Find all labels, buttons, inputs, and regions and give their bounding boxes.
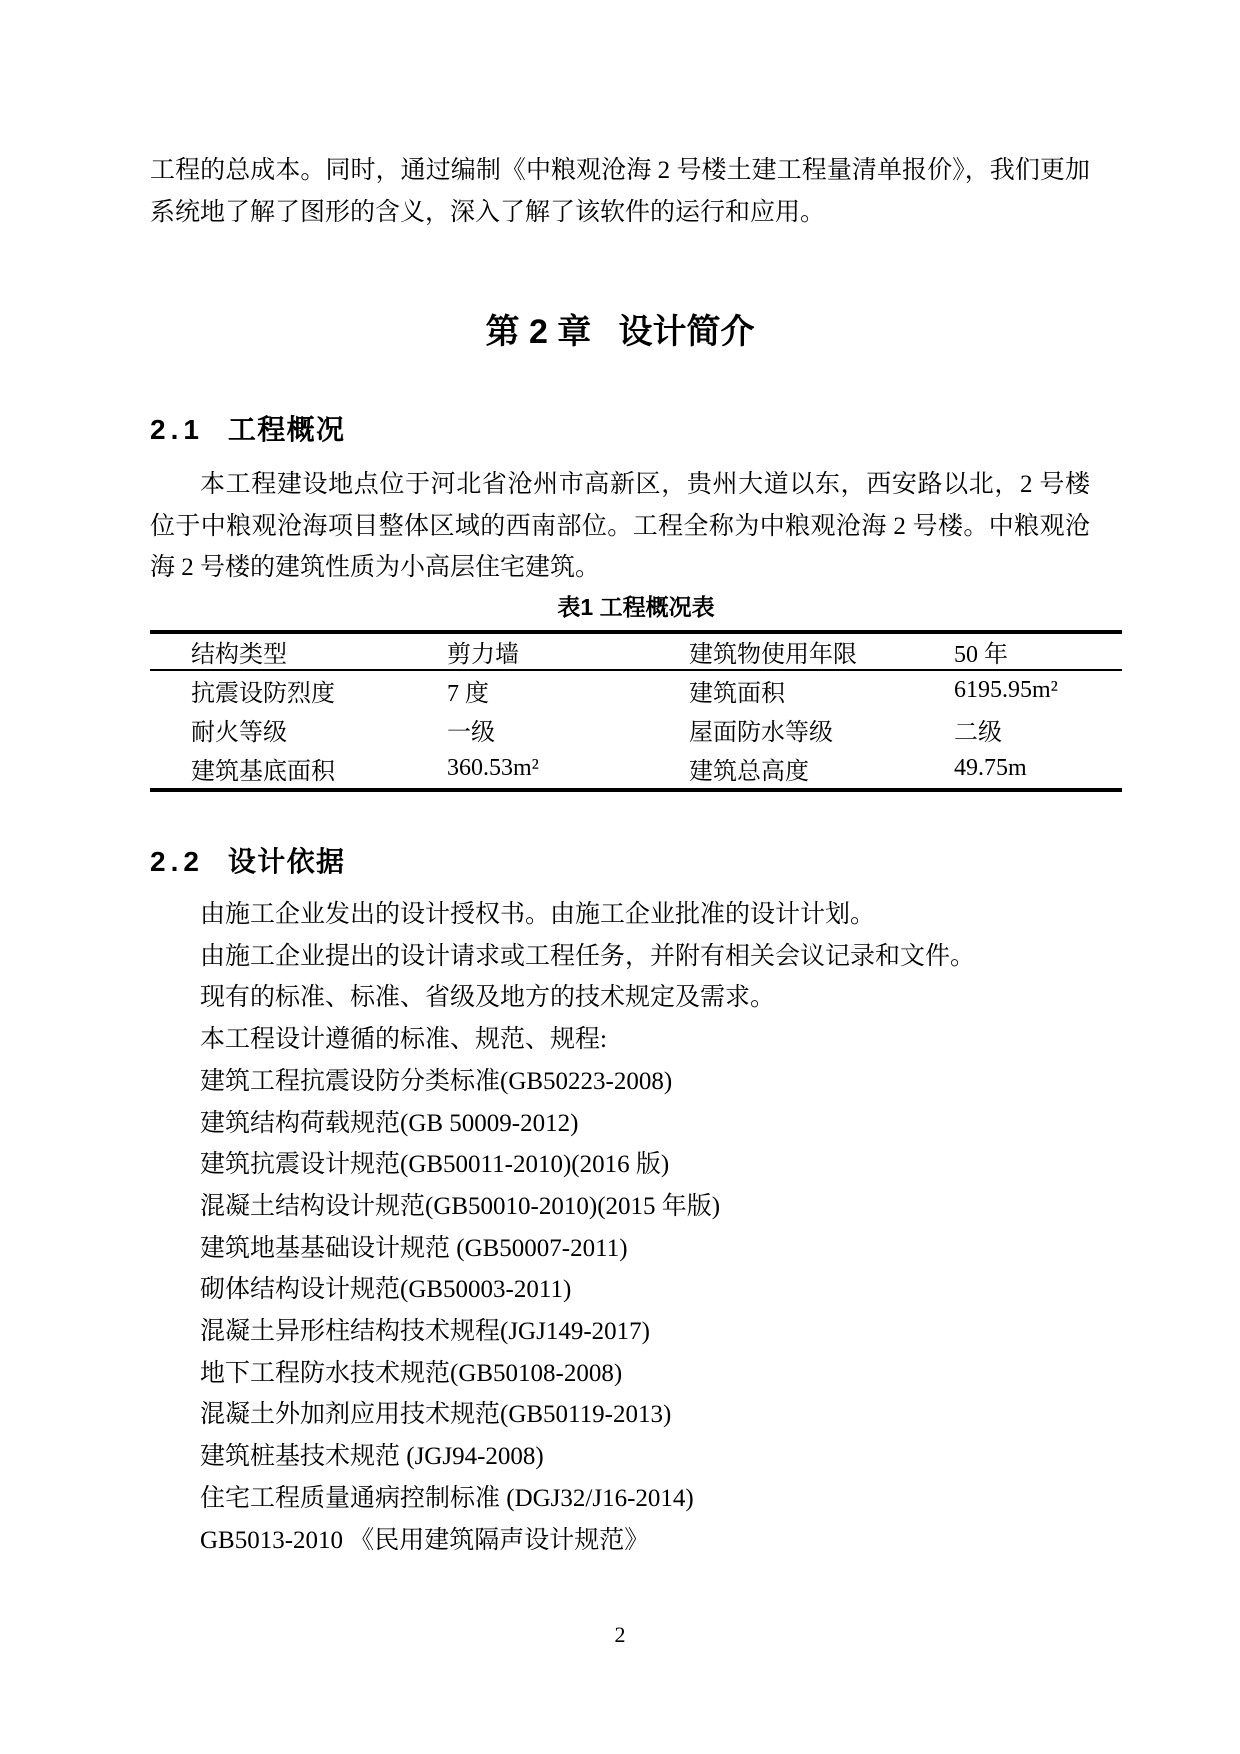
list-item: 建筑桩基技术规范 (JGJ94-2008) <box>150 1436 1090 1478</box>
table-row: 抗震设防烈度 7 度 建筑面积 6195.95m² <box>150 670 1122 710</box>
list-item: 混凝土外加剂应用技术规范(GB50119-2013) <box>150 1394 1090 1436</box>
list-item: 现有的标准、标准、省级及地方的技术规定及需求。 <box>150 977 1090 1019</box>
table-row: 耐火等级 一级 屋面防水等级 二级 <box>150 710 1122 749</box>
table-cell: 二级 <box>913 710 1122 749</box>
section-heading-2-2: 2.2设计依据 <box>150 840 1090 884</box>
list-item: 建筑抗震设计规范(GB50011-2010)(2016 版) <box>150 1144 1090 1186</box>
list-item: 本工程设计遵循的标准、规范、规程: <box>150 1019 1090 1061</box>
table-cell: 360.53m² <box>406 749 648 790</box>
table-cell: 抗震设防烈度 <box>150 670 406 710</box>
section-number: 2.2 <box>150 846 204 877</box>
table-cell: 建筑总高度 <box>648 749 913 790</box>
table-caption: 表1 工程概况表 <box>150 592 1122 622</box>
page-number: 2 <box>0 1620 1240 1650</box>
list-item: 混凝土结构设计规范(GB50010-2010)(2015 年版) <box>150 1186 1090 1228</box>
table-cell: 耐火等级 <box>150 710 406 749</box>
project-overview-table: 结构类型 剪力墙 建筑物使用年限 50 年 抗震设防烈度 7 度 建筑面积 61… <box>150 630 1122 792</box>
continuation-paragraph: 工程的总成本。同时，通过编制《中粮观沧海 2 号楼土建工程量清单报价》，我们更加… <box>150 150 1090 233</box>
list-item: 建筑工程抗震设防分类标准(GB50223-2008) <box>150 1061 1090 1103</box>
table-row: 建筑基底面积 360.53m² 建筑总高度 49.75m <box>150 749 1122 790</box>
chapter-title: 设计简介 <box>619 313 755 351</box>
list-item: 由施工企业提出的设计请求或工程任务，并附有相关会议记录和文件。 <box>150 936 1090 978</box>
list-item: GB5013-2010 《民用建筑隔声设计规范》 <box>150 1520 1090 1562</box>
table-row: 结构类型 剪力墙 建筑物使用年限 50 年 <box>150 632 1122 670</box>
section-number: 2.1 <box>150 414 204 445</box>
chapter-number: 第 2 章 <box>486 313 592 351</box>
list-item: 地下工程防水技术规范(GB50108-2008) <box>150 1353 1090 1395</box>
list-item: 混凝土异形柱结构技术规程(JGJ149-2017) <box>150 1311 1090 1353</box>
table-cell: 7 度 <box>406 670 648 710</box>
chapter-heading: 第 2 章设计简介 <box>150 308 1090 356</box>
list-item: 砌体结构设计规范(GB50003-2011) <box>150 1269 1090 1311</box>
table-cell: 建筑基底面积 <box>150 749 406 790</box>
section-title: 工程概况 <box>228 414 346 445</box>
document-page: 工程的总成本。同时，通过编制《中粮观沧海 2 号楼土建工程量清单报价》，我们更加… <box>0 0 1240 1754</box>
list-item: 由施工企业发出的设计授权书。由施工企业批准的设计计划。 <box>150 894 1090 936</box>
table-cell: 剪力墙 <box>406 632 648 670</box>
table-cell: 建筑面积 <box>648 670 913 710</box>
list-item: 建筑地基基础设计规范 (GB50007-2011) <box>150 1228 1090 1270</box>
table-cell: 6195.95m² <box>913 670 1122 710</box>
table-cell: 49.75m <box>913 749 1122 790</box>
table-cell: 屋面防水等级 <box>648 710 913 749</box>
list-item: 住宅工程质量通病控制标准 (DGJ32/J16-2014) <box>150 1478 1090 1520</box>
project-overview-paragraph: 本工程建设地点位于河北省沧州市高新区，贵州大道以东，西安路以北，2 号楼位于中粮… <box>150 464 1090 589</box>
table-cell: 一级 <box>406 710 648 749</box>
table-cell: 结构类型 <box>150 632 406 670</box>
section-heading-2-1: 2.1工程概况 <box>150 408 1090 452</box>
table-cell: 50 年 <box>913 632 1122 670</box>
section-title: 设计依据 <box>228 846 346 877</box>
list-item: 建筑结构荷载规范(GB 50009-2012) <box>150 1103 1090 1145</box>
design-basis-list: 由施工企业发出的设计授权书。由施工企业批准的设计计划。 由施工企业提出的设计请求… <box>150 894 1090 1561</box>
table-cell: 建筑物使用年限 <box>648 632 913 670</box>
